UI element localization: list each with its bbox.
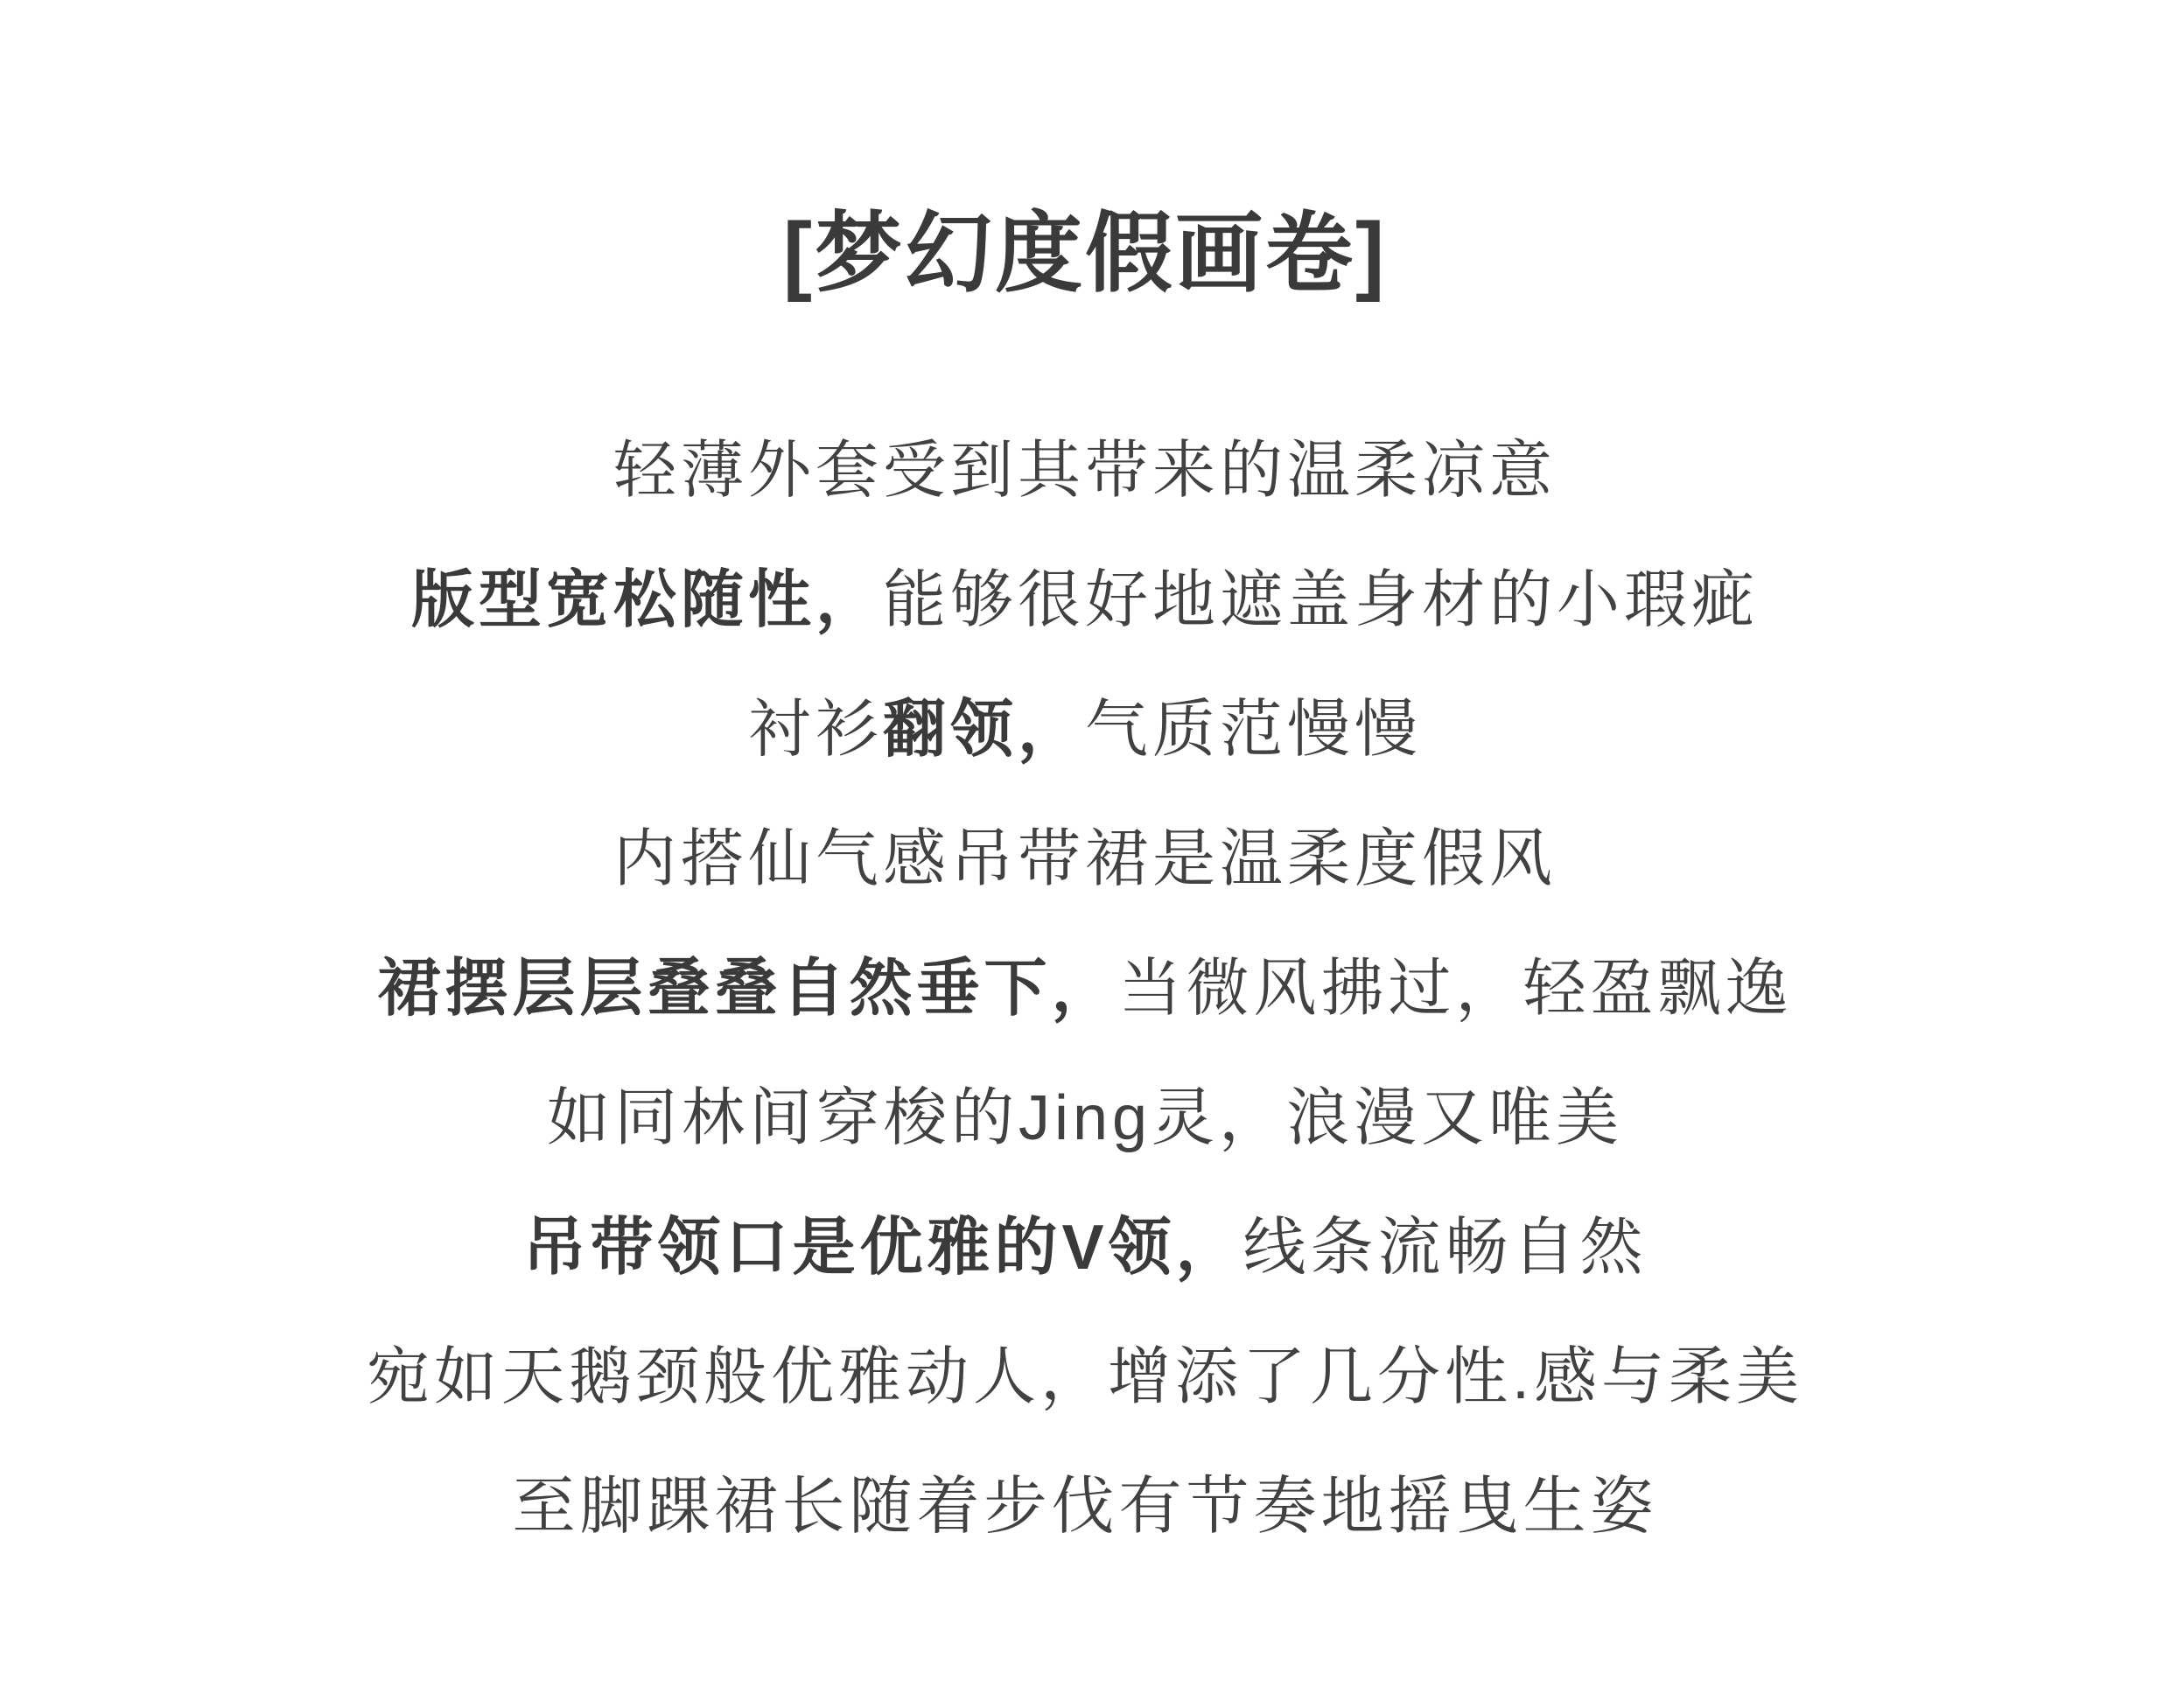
text-line: 宛如天鹅颈般优雅动人，增添了几分性.感与柔美 bbox=[0, 1312, 2170, 1442]
text-segment: 如同林间穿梭的Jing灵，浪漫又唯美 bbox=[547, 1083, 1623, 1153]
text-line: 衬衫翻领，气质范慢慢 bbox=[0, 665, 2170, 794]
text-segment: 当微风拂过，轻盈飘逸 bbox=[1119, 954, 1793, 1024]
text-segment: 衬衫 bbox=[748, 695, 883, 765]
text-line: 轻薄外套受到其带来的温柔凉意 bbox=[0, 406, 2170, 535]
text-segment-bold: 裙摆层层叠叠自然垂下， bbox=[377, 954, 1118, 1024]
text-line: 内搭仙气感吊带裙是温柔度假风 bbox=[0, 794, 2170, 924]
text-segment: 线条流畅自然 bbox=[1243, 1213, 1648, 1283]
text-segment: 轻薄外套受到其带来的温柔凉意 bbox=[613, 436, 1557, 506]
text-line: 裙摆层层叠叠自然垂下，当微风拂过，轻盈飘逸 bbox=[0, 924, 2170, 1053]
text-segment: 能够很好地遮盖身材的小瑕疵 bbox=[883, 565, 1759, 635]
text-line: 至脚踝裙长随着步伐有节奏地摇曳生姿 bbox=[0, 1442, 2170, 1571]
page-title: [梦幻度假画卷] bbox=[0, 210, 2170, 297]
text-line: 如同林间穿梭的Jing灵，浪漫又唯美 bbox=[0, 1053, 2170, 1183]
text-segment: 气质范慢慢 bbox=[1085, 695, 1422, 765]
product-description-page: [梦幻度假画卷] 轻薄外套受到其带来的温柔凉意版型宽松随性，能够很好地遮盖身材的… bbox=[0, 0, 2170, 1708]
text-segment: 至脚踝裙长随着步伐有节奏地摇曳生姿 bbox=[512, 1472, 1657, 1542]
text-line: 吊带领口是优雅的V领，线条流畅自然 bbox=[0, 1183, 2170, 1312]
text-segment: 内搭仙气感吊带裙是温柔度假风 bbox=[613, 824, 1557, 894]
text-line: 版型宽松随性，能够很好地遮盖身材的小瑕疵 bbox=[0, 535, 2170, 665]
text-segment: 宛如天鹅颈般优雅动人，增添了几分性.感与柔美 bbox=[367, 1342, 1803, 1412]
text-segment-bold: 版型宽松随性， bbox=[411, 565, 883, 635]
text-segment-bold: 翻领， bbox=[883, 695, 1085, 765]
paragraph-lines: 轻薄外套受到其带来的温柔凉意版型宽松随性，能够很好地遮盖身材的小瑕疵衬衫翻领，气… bbox=[0, 406, 2170, 1571]
text-segment-bold: 吊带领口是优雅的V领， bbox=[522, 1213, 1242, 1283]
